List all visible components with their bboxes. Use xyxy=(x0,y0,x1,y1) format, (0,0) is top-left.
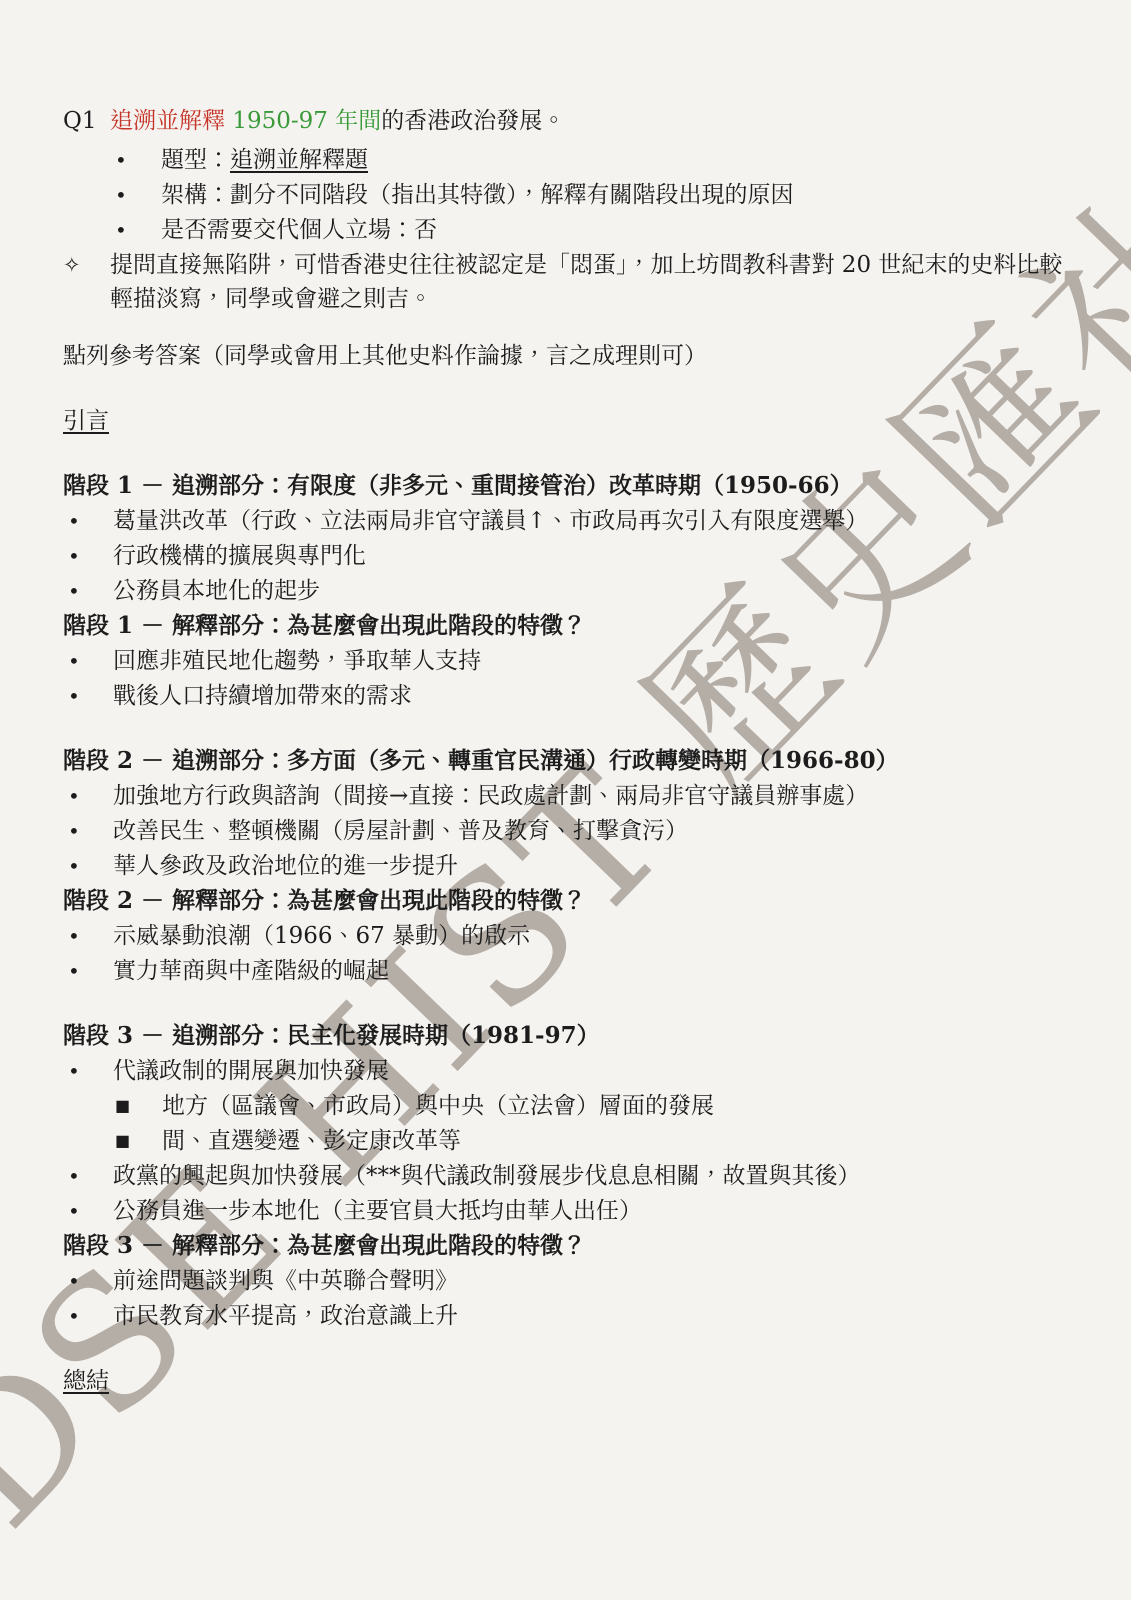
list-item-text: 示威暴動浪潮（1966、67 暴動）的啟示 xyxy=(113,919,1068,953)
spacer xyxy=(63,374,1068,404)
note-text: 提問直接無陷阱，可惜香港史往往被認定是「悶蛋」，加上坊間教科書對 20 世紀末的… xyxy=(110,248,1068,316)
heading-text: 總結 xyxy=(63,1364,109,1398)
question-bullet-item: •架構：劃分不同階段（指出其特徵），解釋有關階段出現的原因 xyxy=(63,178,1068,212)
list-item: •實力華商與中產階級的崛起 xyxy=(63,954,1068,988)
bullet-text-part: 架構：劃分不同階段（指出其特徵），解釋有關階段出現的原因 xyxy=(161,182,794,208)
sub-list-item: ■地方（區議會、市政局）與中央（立法會）層面的發展 xyxy=(63,1089,1068,1123)
document-page: DSE HIST 歷史匯社 Q1追溯並解釋 1950-97 年間的香港政治發展。… xyxy=(0,0,1131,1600)
sub-list-item: ■間、直選變遷、彭定康改革等 xyxy=(63,1124,1068,1158)
list-item: •代議政制的開展與加快發展 xyxy=(63,1054,1068,1088)
question-text-part: 追溯並解釋 xyxy=(110,108,232,134)
list-item-text: 公務員進一步本地化（主要官員大抵均由華人出任） xyxy=(113,1194,1068,1228)
question-bullet-item: •是否需要交代個人立場：否 xyxy=(63,213,1068,247)
bullet-icon: • xyxy=(68,644,113,678)
list-item-text: 行政機構的擴展與專門化 xyxy=(113,539,1068,573)
list-item-text: 前途問題談判與《中英聯合聲明》 xyxy=(113,1264,1068,1298)
list-item-text: 市民教育水平提高，政治意識上升 xyxy=(113,1299,1068,1333)
bullet-icon: • xyxy=(68,1054,113,1088)
stage-heading: 階段 2 － 追溯部分：多方面（多元、轉重官民溝通）行政轉變時期（1966-80… xyxy=(63,744,1068,778)
sub-list-item-text: 間、直選變遷、彭定康改革等 xyxy=(162,1124,1068,1158)
question-bullet-item: •題型：追溯並解釋題 xyxy=(63,143,1068,177)
bullet-text: 題型：追溯並解釋題 xyxy=(161,143,1068,177)
list-item: •戰後人口持續增加帶來的需求 xyxy=(63,679,1068,713)
bullet-icon: • xyxy=(115,178,161,212)
sub-list-item-text: 地方（區議會、市政局）與中央（立法會）層面的發展 xyxy=(162,1089,1068,1123)
list-item-text: 公務員本地化的起步 xyxy=(113,574,1068,608)
heading-text: 階段 2 － 解釋部分：為甚麼會出現此階段的特徵？ xyxy=(63,884,1068,918)
stage-heading: 階段 1 － 追溯部分：有限度（非多元、重間接管治）改革時期（1950-66） xyxy=(63,469,1068,503)
list-item: •華人參政及政治地位的進一步提升 xyxy=(63,849,1068,883)
spacer xyxy=(63,439,1068,469)
spacer xyxy=(63,317,1068,339)
list-item: •政黨的興起與加快發展（***與代議政制發展步伐息息相關，故置與其後） xyxy=(63,1159,1068,1193)
bullet-text-part: 追溯並解釋題 xyxy=(230,147,368,173)
bullet-icon: • xyxy=(68,539,113,573)
bullet-icon: • xyxy=(115,143,161,177)
list-item-text: 實力華商與中產階級的崛起 xyxy=(113,954,1068,988)
square-bullet-icon: ■ xyxy=(115,1124,162,1158)
stage-heading: 階段 3 － 解釋部分：為甚麼會出現此階段的特徵？ xyxy=(63,1229,1068,1263)
bullet-icon: • xyxy=(68,919,113,953)
heading-text: 引言 xyxy=(63,404,109,438)
bullet-icon: • xyxy=(68,814,113,848)
question-line: Q1追溯並解釋 1950-97 年間的香港政治發展。 xyxy=(63,104,1068,138)
question-text: 追溯並解釋 1950-97 年間的香港政治發展。 xyxy=(110,104,1068,138)
list-item: •公務員進一步本地化（主要官員大抵均由華人出任） xyxy=(63,1194,1068,1228)
list-item-text: 華人參政及政治地位的進一步提升 xyxy=(113,849,1068,883)
heading-text: 階段 1 － 追溯部分：有限度（非多元、重間接管治）改革時期（1950-66） xyxy=(63,469,1068,503)
stage-heading: 階段 2 － 解釋部分：為甚麼會出現此階段的特徵？ xyxy=(63,884,1068,918)
list-item: •公務員本地化的起步 xyxy=(63,574,1068,608)
list-item-text: 政黨的興起與加快發展（***與代議政制發展步伐息息相關，故置與其後） xyxy=(113,1159,1068,1193)
bullet-icon: • xyxy=(68,1194,113,1228)
bullet-icon: • xyxy=(68,504,113,538)
spacer xyxy=(63,1334,1068,1364)
list-item: •改善民生、整頓機關（房屋計劃、普及教育、打擊貪污） xyxy=(63,814,1068,848)
note-line: ✧提問直接無陷阱，可惜香港史往往被認定是「悶蛋」，加上坊間教科書對 20 世紀末… xyxy=(63,248,1068,316)
bullet-icon: • xyxy=(68,679,113,713)
bullet-text-part: 題型： xyxy=(161,147,230,173)
spacer xyxy=(63,989,1068,1019)
question-text-part: 1950-97 年間 xyxy=(232,108,381,134)
bullet-icon: • xyxy=(115,213,161,247)
bullet-icon: • xyxy=(68,574,113,608)
heading-text: 階段 3 － 解釋部分：為甚麼會出現此階段的特徵？ xyxy=(63,1229,1068,1263)
bullet-icon: • xyxy=(68,954,113,988)
document-content: Q1追溯並解釋 1950-97 年間的香港政治發展。•題型：追溯並解釋題•架構：… xyxy=(63,104,1068,1399)
bullet-icon: • xyxy=(68,849,113,883)
question-number: Q1 xyxy=(63,104,110,138)
list-item: •葛量洪改革（行政、立法兩局非官守議員↑、市政局再次引入有限度選舉） xyxy=(63,504,1068,538)
stage-heading: 階段 1 － 解釋部分：為甚麼會出現此階段的特徵？ xyxy=(63,609,1068,643)
question-text-part: 的香港政治發展。 xyxy=(381,108,565,134)
heading-text: 階段 2 － 追溯部分：多方面（多元、轉重官民溝通）行政轉變時期（1966-80… xyxy=(63,744,1068,778)
list-item-text: 改善民生、整頓機關（房屋計劃、普及教育、打擊貪污） xyxy=(113,814,1068,848)
list-item: •市民教育水平提高，政治意識上升 xyxy=(63,1299,1068,1333)
list-item: •回應非殖民地化趨勢，爭取華人支持 xyxy=(63,644,1068,678)
bullet-icon: • xyxy=(68,779,113,813)
heading-text: 階段 3 － 追溯部分：民主化發展時期（1981-97） xyxy=(63,1019,1068,1053)
list-item: •示威暴動浪潮（1966、67 暴動）的啟示 xyxy=(63,919,1068,953)
bullet-icon: • xyxy=(68,1159,113,1193)
list-item: •前途問題談判與《中英聯合聲明》 xyxy=(63,1264,1068,1298)
list-item-text: 戰後人口持續增加帶來的需求 xyxy=(113,679,1068,713)
heading-text: 階段 1 － 解釋部分：為甚麼會出現此階段的特徵？ xyxy=(63,609,1068,643)
bullet-text-part: 是否需要交代個人立場：否 xyxy=(161,217,437,243)
spacer xyxy=(63,714,1068,744)
list-item: •行政機構的擴展與專門化 xyxy=(63,539,1068,573)
underlined-heading: 總結 xyxy=(63,1364,1068,1398)
bullet-icon: • xyxy=(68,1264,113,1298)
bullet-text: 架構：劃分不同階段（指出其特徵），解釋有關階段出現的原因 xyxy=(161,178,1068,212)
diamond-icon: ✧ xyxy=(63,248,110,316)
list-item-text: 回應非殖民地化趨勢，爭取華人支持 xyxy=(113,644,1068,678)
list-item-text: 加強地方行政與諮詢（間接→直接：民政處計劃、兩局非官守議員辦事處） xyxy=(113,779,1068,813)
underlined-heading: 引言 xyxy=(63,404,1068,438)
paragraph: 點列參考答案（同學或會用上其他史料作論據，言之成理則可） xyxy=(63,339,1068,373)
paragraph-text: 點列參考答案（同學或會用上其他史料作論據，言之成理則可） xyxy=(63,339,1068,373)
square-bullet-icon: ■ xyxy=(115,1089,162,1123)
stage-heading: 階段 3 － 追溯部分：民主化發展時期（1981-97） xyxy=(63,1019,1068,1053)
bullet-icon: • xyxy=(68,1299,113,1333)
list-item-text: 葛量洪改革（行政、立法兩局非官守議員↑、市政局再次引入有限度選舉） xyxy=(113,504,1068,538)
list-item-text: 代議政制的開展與加快發展 xyxy=(113,1054,1068,1088)
bullet-text: 是否需要交代個人立場：否 xyxy=(161,213,1068,247)
list-item: •加強地方行政與諮詢（間接→直接：民政處計劃、兩局非官守議員辦事處） xyxy=(63,779,1068,813)
